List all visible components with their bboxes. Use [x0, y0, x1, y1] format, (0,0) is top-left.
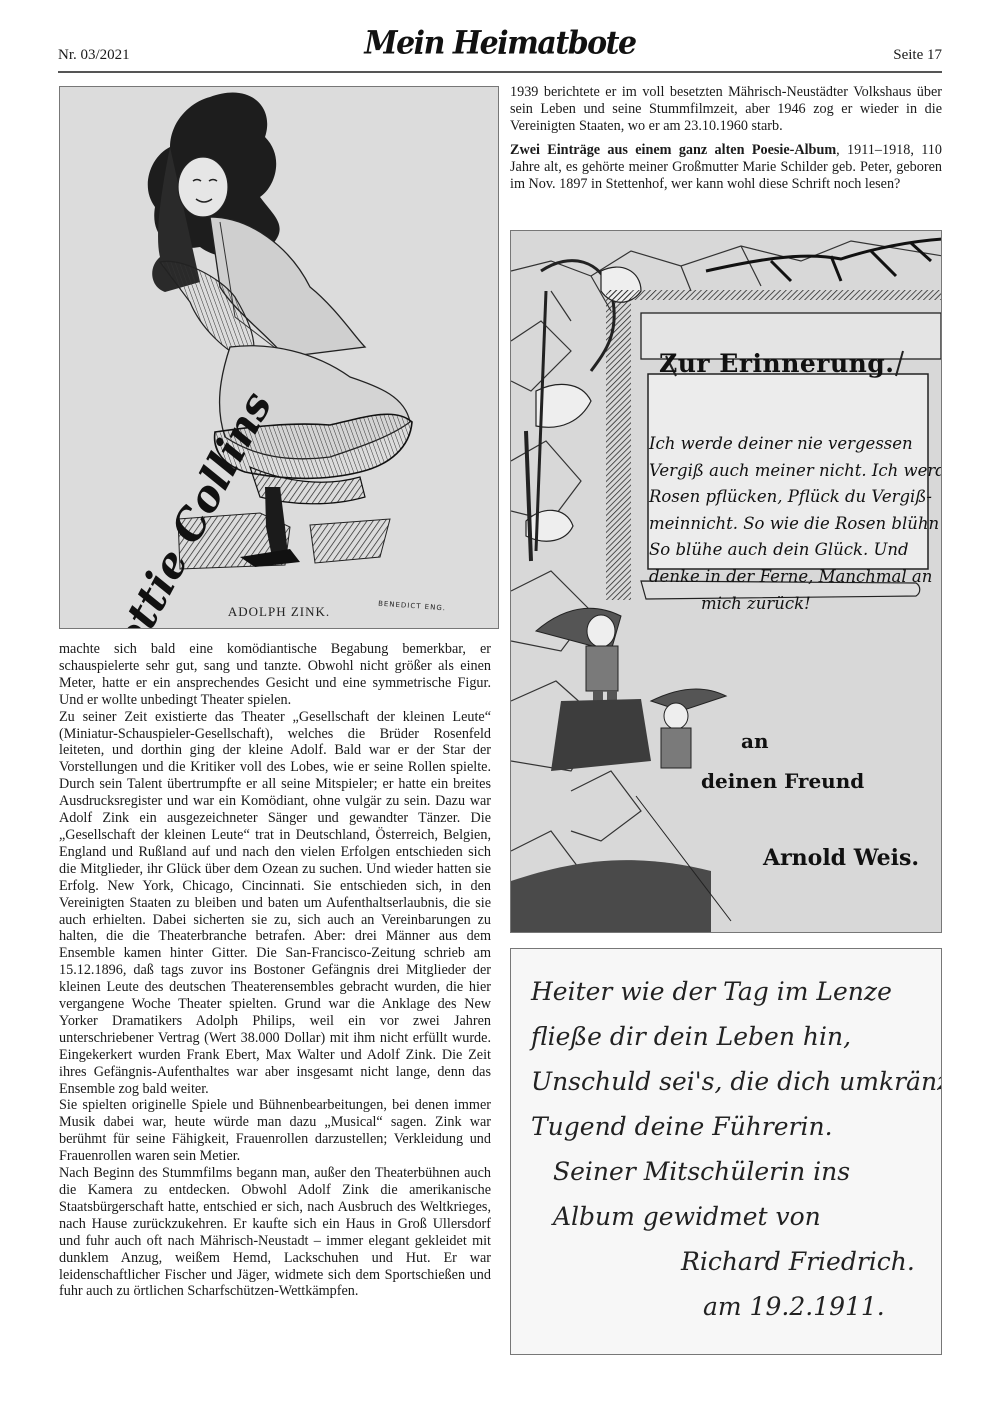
verse-line: meinnicht. So wie die Rosen blühn	[649, 511, 927, 538]
verse-line: So blühe auch dein Glück. Und	[649, 537, 927, 564]
handwritten-verse: Heiter wie der Tag im Lenze fließe dir d…	[531, 969, 931, 1329]
handwritten-date: am 19.2.1911.	[531, 1284, 931, 1329]
costumed-figure-drawing	[60, 87, 499, 629]
album-verse: Ich werde deiner nie vergessen Vergiß au…	[649, 431, 927, 617]
page-number: Seite 17	[893, 47, 942, 64]
right-column-text: 1939 berichtete er im voll besetzten Mäh…	[510, 84, 942, 192]
header-divider	[58, 71, 942, 73]
article-paragraph: Nach Beginn des Stummfilms begann man, a…	[59, 1165, 491, 1300]
album-title: Zur Erinnerung.	[659, 349, 895, 378]
handwritten-line: Tugend deine Führerin.	[531, 1104, 931, 1149]
paragraph-poesie-album-intro: Zwei Einträge aus einem ganz alten Poesi…	[510, 142, 942, 193]
left-column-text: machte sich bald eine komödiantische Beg…	[59, 641, 491, 1300]
adolph-zink-illustration: „Lottie Collins BENEDICT ENG. ADOLPH ZIN…	[59, 86, 499, 629]
verse-line: denke in der Ferne, Manchmal an	[649, 564, 927, 591]
masthead-title: Mein Heimatbote	[0, 25, 1000, 62]
verse-line: Rosen pflücken, Pflück du Vergiß-	[649, 484, 927, 511]
handwritten-line: Seiner Mitschülerin ins	[531, 1149, 931, 1194]
poesie-album-entry-handwritten: Heiter wie der Tag im Lenze fließe dir d…	[510, 948, 942, 1355]
album-signature-name: Arnold Weis.	[763, 845, 919, 871]
handwritten-line: Heiter wie der Tag im Lenze	[531, 969, 931, 1014]
handwritten-line: Album gewidmet von	[531, 1194, 931, 1239]
article-paragraph: machte sich bald eine komödiantische Beg…	[59, 641, 491, 709]
illustration-caption: ADOLPH ZINK.	[60, 604, 498, 620]
poesie-album-heading: Zwei Einträge aus einem ganz alten Poesi…	[510, 142, 836, 158]
album-dedication-friend: deinen Freund	[701, 769, 864, 793]
poesie-album-entry-illustrated: Zur Erinnerung. Ich werde deiner nie ver…	[510, 230, 942, 933]
album-dedication-to: an	[741, 729, 769, 753]
verse-line: mich zurück!	[649, 591, 927, 618]
article-paragraph: Sie spielten originelle Spiele und Bühne…	[59, 1097, 491, 1165]
handwritten-line: Unschuld sei's, die dich umkränze,	[531, 1059, 931, 1104]
verse-line: Vergiß auch meiner nicht. Ich werde	[649, 458, 927, 485]
paragraph-death-note: 1939 berichtete er im voll besetzten Mäh…	[510, 84, 942, 135]
article-paragraph: Zu seiner Zeit existierte das Theater „G…	[59, 709, 491, 1098]
handwritten-line: fließe dir dein Leben hin,	[531, 1014, 931, 1059]
verse-line: Ich werde deiner nie vergessen	[649, 431, 927, 458]
handwritten-signature: Richard Friedrich.	[531, 1239, 931, 1284]
